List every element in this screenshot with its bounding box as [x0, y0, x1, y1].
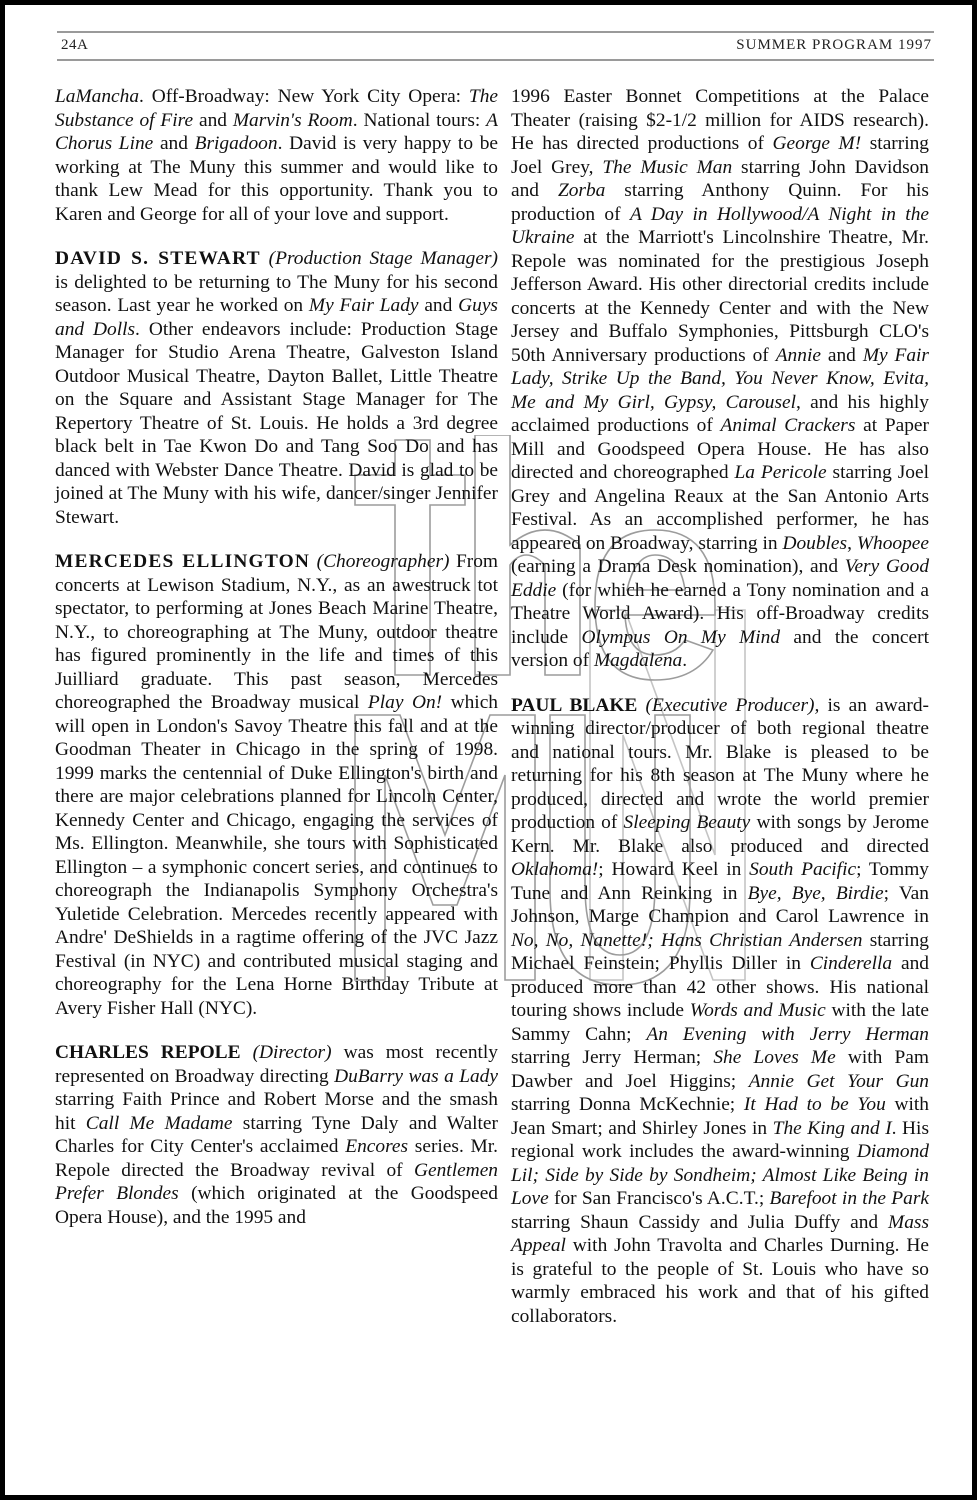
bio-role: (Director) [253, 1042, 332, 1063]
bio-continuation: 1996 Easter Bonnet Competitions at the P… [511, 85, 929, 673]
show-title: George M! [773, 133, 862, 154]
show-title: An Evening with Jerry Herman [646, 1024, 929, 1045]
show-title: Call Me Madame [86, 1113, 233, 1134]
show-title: The Music Man [602, 157, 732, 178]
show-title: South Pacific [749, 859, 856, 880]
show-title: Bye, Bye, Birdie [748, 883, 884, 904]
show-title: La Pericole [735, 462, 827, 483]
show-title: Magdalena [594, 650, 682, 671]
bio-text: was most recently represented on Broadwa… [55, 1042, 498, 1228]
bio-charles-repole: CHARLES REPOLE (Director) was most recen… [55, 1041, 498, 1229]
show-title: Encores [345, 1136, 408, 1157]
show-title: Barefoot in the Park [770, 1188, 930, 1209]
bio-name: DAVID S. STEWART [55, 248, 261, 269]
show-title: Words and Music [690, 1000, 826, 1021]
show-title: LaMancha [55, 86, 139, 107]
bio-role: (Choreographer) [317, 551, 450, 572]
bio-david-stewart: DAVID S. STEWART (Production Stage Manag… [55, 247, 498, 529]
bio-name: MERCEDES ELLINGTON [55, 551, 310, 572]
show-title: Sleeping Beauty [624, 812, 751, 833]
show-title: Animal Crackers [721, 415, 856, 436]
show-title: Annie [776, 345, 821, 366]
bio-text: is an award-winning director/producer of… [511, 695, 929, 1327]
show-title: DuBarry was a Lady [334, 1066, 498, 1087]
running-header: 24A SUMMER PROGRAM 1997 [57, 31, 934, 61]
show-title: Marvin's Room [233, 110, 353, 131]
show-title: No, No, Nanette!; Hans Christian Anderse… [511, 930, 863, 951]
bio-name: PAUL BLAKE [511, 695, 637, 716]
show-title: Brigadoon [195, 133, 278, 154]
show-title: Olympus On My Mind [581, 627, 780, 648]
bio-paul-blake: PAUL BLAKE (Executive Producer), is an a… [511, 694, 929, 1329]
show-title: Oklahoma! [511, 859, 598, 880]
right-column: 1996 Easter Bonnet Competitions at the P… [511, 85, 929, 1349]
publication-title: SUMMER PROGRAM 1997 [736, 37, 932, 54]
left-column: LaMancha. Off-Broadway: New York City Op… [55, 85, 498, 1250]
show-title: Zorba [558, 180, 605, 201]
bio-role: (Production Stage Manager) [269, 248, 498, 269]
show-title: My Fair Lady [309, 295, 419, 316]
bio-mercedes-ellington: MERCEDES ELLINGTON (Choreographer) From … [55, 550, 498, 1020]
program-page: 24A SUMMER PROGRAM 1997 LaMancha. Off-Br… [5, 5, 972, 1495]
show-title: Annie Get Your Gun [749, 1071, 929, 1092]
bio-text: is delighted to be returning to The Muny… [55, 272, 498, 528]
show-title: It Had to be You [744, 1094, 886, 1115]
bio-text: From concerts at Lewison Stadium, N.Y., … [55, 551, 498, 1019]
bio-role: (Executive Producer), [646, 695, 820, 716]
bio-name: CHARLES REPOLE [55, 1042, 241, 1063]
show-title: Play On! [368, 692, 442, 713]
page-number: 24A [61, 37, 88, 54]
show-title: Cinderella [810, 953, 892, 974]
bio-continuation: LaMancha. Off-Broadway: New York City Op… [55, 85, 498, 226]
show-title: She Loves Me [713, 1047, 835, 1068]
show-title: Doubles [782, 533, 847, 554]
show-title: The King and I [773, 1118, 892, 1139]
show-title: Whoopee [857, 533, 929, 554]
